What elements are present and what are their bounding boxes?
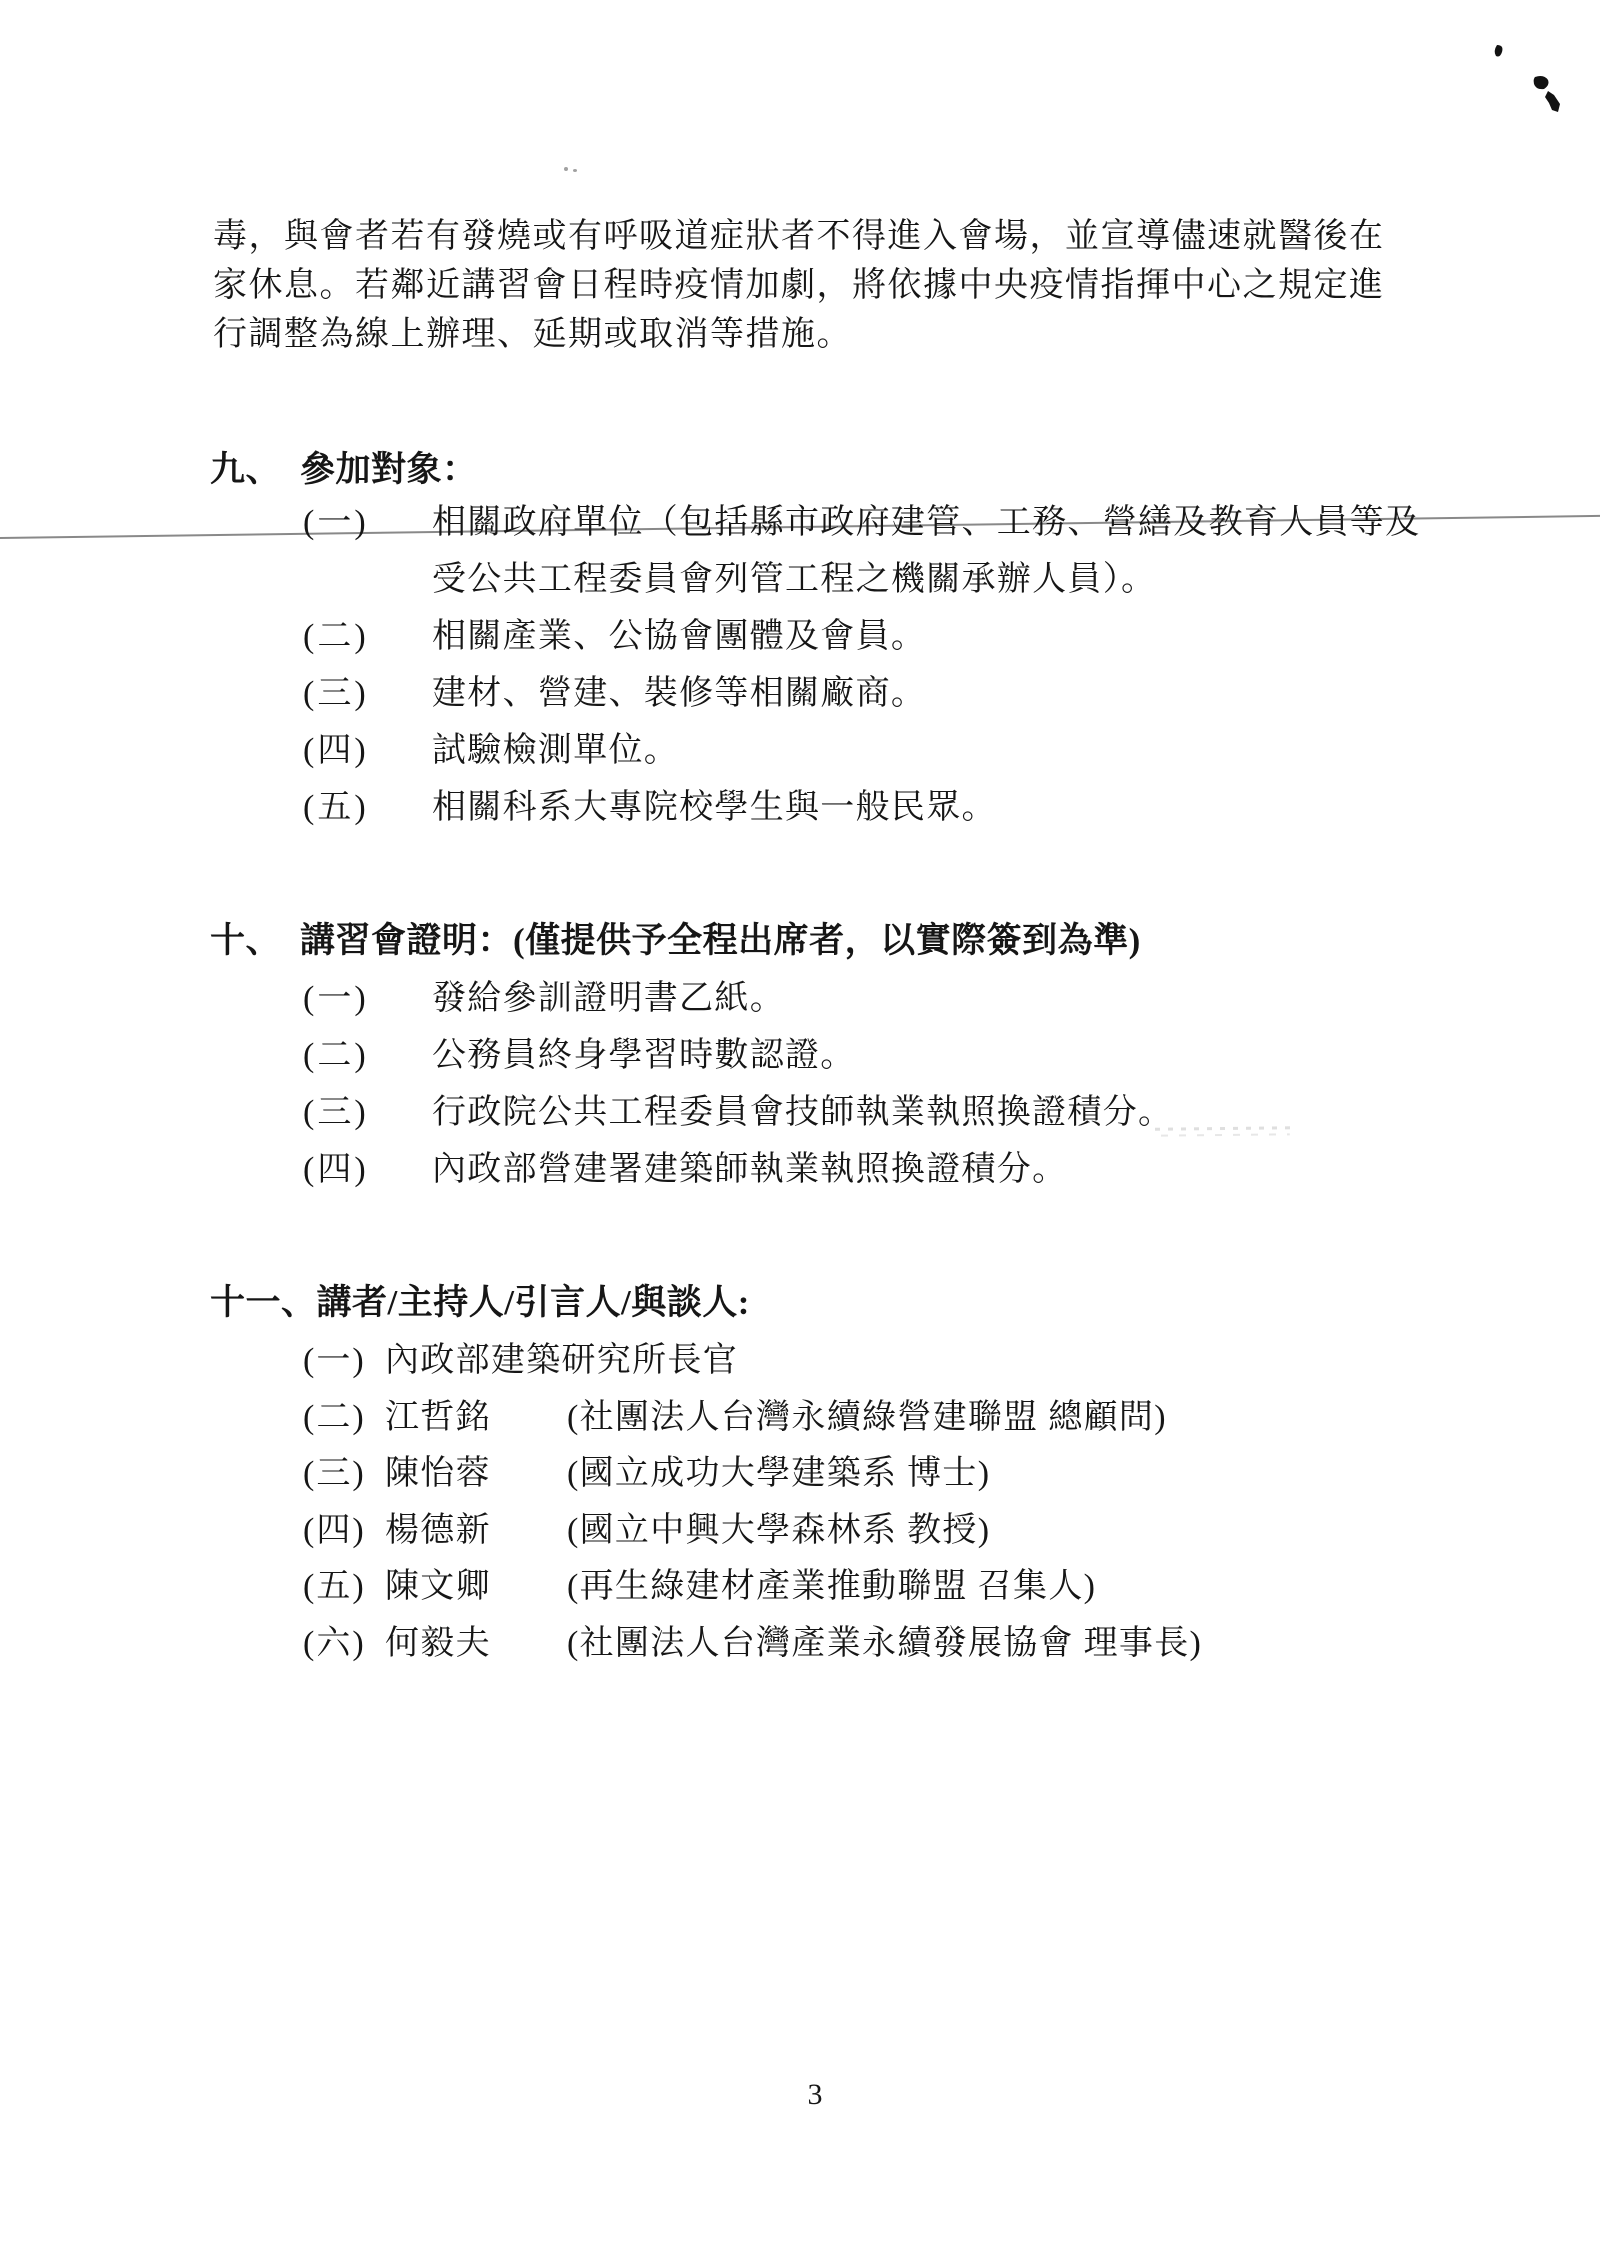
item-line: 相關政府單位（包括縣市政府建管、工務、營繕及教育人員等及 [432, 494, 1420, 551]
section-title: 參加對象： [300, 446, 478, 494]
speaker-name: 楊德新 [385, 1503, 567, 1560]
item-marker: (五) [303, 779, 369, 836]
section-number: 十、 [210, 917, 300, 965]
speaker-row: (三) 陳怡蓉 (國立成功大學建築系 博士) [303, 1446, 1202, 1503]
speaker-affiliation: (再生綠建材產業推動聯盟 召集人) [567, 1559, 1096, 1616]
item-marker: (一) [303, 970, 369, 1027]
list-item: (一) 發給參訓證明書乙紙。 [303, 970, 1173, 1027]
section-10-items: (一) 發給參訓證明書乙紙。 (二) 公務員終身學習時數認證。 (三) 行政院公… [303, 970, 1173, 1198]
item-line: 行政院公共工程委員會技師執業執照換證積分。 [432, 1084, 1173, 1141]
list-item: (三) 行政院公共工程委員會技師執業執照換證積分。 [303, 1084, 1173, 1141]
section-9-items: (一) 相關政府單位（包括縣市政府建管、工務、營繕及教育人員等及 受公共工程委員… [303, 494, 1420, 836]
list-item: (二) 相關產業、公協會團體及會員。 [303, 608, 1420, 665]
list-item: (二) 公務員終身學習時數認證。 [303, 1027, 1173, 1084]
item-marker: (一) [303, 494, 369, 551]
item-marker: (三) [303, 1084, 369, 1141]
scan-smudge [1155, 1123, 1295, 1140]
ink-blot-marks [1480, 30, 1570, 120]
list-item: (三) 建材、營建、裝修等相關廠商。 [303, 665, 1420, 722]
speaker-name: 何毅夫 [385, 1616, 567, 1673]
section-title: 講者/主持人/引言人/與談人: [317, 1279, 750, 1327]
speaker-row: (五) 陳文卿 (再生綠建材產業推動聯盟 召集人) [303, 1559, 1202, 1616]
paragraph-line: 毒，與會者若有發燒或有呼吸道症狀者不得進入會場，並宣導儘速就醫後在 [213, 212, 1385, 261]
item-marker: (二) [303, 1027, 369, 1084]
list-item: (一) 相關政府單位（包括縣市政府建管、工務、營繕及教育人員等及 受公共工程委員… [303, 494, 1420, 608]
speaker-affiliation: (社團法人台灣永續綠營建聯盟 總顧問) [567, 1390, 1167, 1447]
item-marker: (一) [303, 1333, 368, 1390]
item-marker: (三) [303, 665, 369, 722]
speaker-name: 江哲銘 [385, 1390, 567, 1447]
item-line: 受公共工程委員會列管工程之機關承辦人員）。 [432, 551, 1420, 608]
section-number: 九、 [210, 446, 300, 494]
speaker-row: (四) 楊德新 (國立中興大學森林系 教授) [303, 1503, 1202, 1560]
speaker-row: (一) 內政部建築研究所長官 [303, 1333, 1202, 1390]
section-number: 十一、 [210, 1279, 317, 1327]
item-marker: (二) [303, 1390, 368, 1447]
intro-paragraph: 毒，與會者若有發燒或有呼吸道症狀者不得進入會場，並宣導儘速就醫後在 家休息。若鄰… [213, 212, 1385, 359]
section-9-heading: 九、 參加對象： [210, 446, 478, 494]
list-item: (五) 相關科系大專院校學生與一般民眾。 [303, 779, 1420, 836]
item-line: 相關科系大專院校學生與一般民眾。 [432, 779, 997, 836]
section-10-heading: 十、 講習會證明：(僅提供予全程出席者，以實際簽到為準) [210, 917, 1141, 965]
item-marker: (五) [303, 1559, 368, 1616]
paragraph-line: 行調整為線上辦理、延期或取消等措施。 [213, 310, 1385, 359]
speaker-row: (二) 江哲銘 (社團法人台灣永續綠營建聯盟 總顧問) [303, 1390, 1202, 1447]
item-line: 建材、營建、裝修等相關廠商。 [432, 665, 926, 722]
speaker-name: 陳怡蓉 [385, 1446, 567, 1503]
item-line: 公務員終身學習時數認證。 [432, 1027, 856, 1084]
item-marker: (二) [303, 608, 369, 665]
scan-speck [564, 166, 580, 174]
speaker-name: 內政部建築研究所長官 [385, 1333, 738, 1390]
item-marker: (六) [303, 1616, 368, 1673]
item-marker: (四) [303, 1503, 368, 1560]
speaker-affiliation: (國立成功大學建築系 博士) [567, 1446, 990, 1503]
list-item: (四) 內政部營建署建築師執業執照換證積分。 [303, 1141, 1173, 1198]
item-line: 發給參訓證明書乙紙。 [432, 970, 785, 1027]
section-title: 講習會證明：(僅提供予全程出席者，以實際簽到為準) [300, 917, 1141, 965]
section-11-heading: 十一、 講者/主持人/引言人/與談人: [210, 1279, 750, 1327]
list-item: (四) 試驗檢測單位。 [303, 722, 1420, 779]
item-line: 相關產業、公協會團體及會員。 [432, 608, 926, 665]
item-line: 試驗檢測單位。 [432, 722, 679, 779]
paragraph-line: 家休息。若鄰近講習會日程時疫情加劇，將依據中央疫情指揮中心之規定進 [213, 261, 1385, 310]
speaker-row: (六) 何毅夫 (社團法人台灣產業永續發展協會 理事長) [303, 1616, 1202, 1673]
item-marker: (三) [303, 1446, 368, 1503]
speaker-name: 陳文卿 [385, 1559, 567, 1616]
section-11-speakers: (一) 內政部建築研究所長官 (二) 江哲銘 (社團法人台灣永續綠營建聯盟 總顧… [303, 1333, 1202, 1672]
item-marker: (四) [303, 1141, 369, 1198]
item-marker: (四) [303, 722, 369, 779]
page-number: 3 [795, 2078, 835, 2112]
speaker-affiliation: (國立中興大學森林系 教授) [567, 1503, 990, 1560]
speaker-affiliation: (社團法人台灣產業永續發展協會 理事長) [567, 1616, 1202, 1673]
scanned-document-page: 毒，與會者若有發燒或有呼吸道症狀者不得進入會場，並宣導儘速就醫後在 家休息。若鄰… [0, 0, 1600, 2262]
item-line: 內政部營建署建築師執業執照換證積分。 [432, 1141, 1067, 1198]
